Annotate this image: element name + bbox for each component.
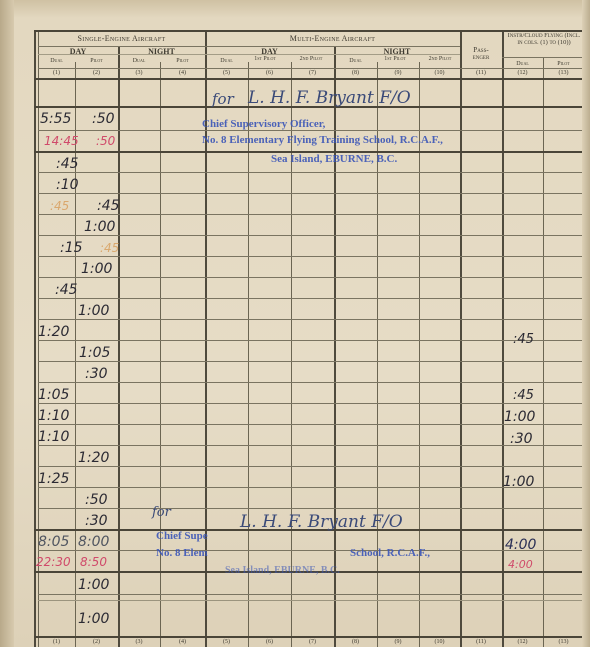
entry-pilot-day: 1:00 — [78, 304, 109, 318]
grid-line — [34, 78, 586, 80]
col-3-num: (3) — [118, 70, 160, 76]
grid-line — [38, 403, 584, 404]
multi-engine-day: DAY — [205, 48, 334, 56]
footer-num: (5) — [205, 639, 248, 645]
grid-line — [118, 46, 120, 647]
grid-line — [38, 277, 584, 278]
grid-line — [584, 30, 585, 647]
entry-pilot-day: :30 — [85, 367, 108, 381]
footer-num: (11) — [460, 639, 502, 645]
logbook-page: Single-Engine Aircraft DAY NIGHT Dual Pi… — [0, 0, 590, 647]
multi-engine-night: NIGHT — [334, 48, 460, 56]
col-8-num: (8) — [334, 70, 377, 76]
grand-total-dual-day: 22:30 — [36, 556, 71, 568]
grid-line — [38, 235, 584, 236]
col-4-num: (4) — [160, 70, 205, 76]
grid-line — [502, 57, 586, 58]
single-engine-day: DAY — [38, 48, 118, 56]
grid-line — [38, 424, 584, 425]
grid-line — [34, 636, 586, 638]
grid-line — [38, 600, 584, 601]
col-9-num: (9) — [377, 70, 419, 76]
entry-pilot-day-total: :50 — [96, 135, 115, 147]
entry-pilot-day: 1:00 — [78, 612, 109, 626]
entry-dual-day: :45 — [55, 283, 78, 297]
footer-num: (4) — [160, 639, 205, 645]
entry-pilot-day: :45 — [100, 242, 119, 254]
grid-line — [160, 62, 161, 647]
entry-pilot-day: 1:05 — [79, 346, 110, 360]
grid-line — [419, 62, 420, 647]
total-pilot-day: 8:00 — [78, 535, 109, 549]
col-12-label: Dual — [502, 61, 543, 67]
stamp-line-2: No. 8 Elem — [156, 548, 208, 559]
grid-line — [291, 62, 292, 647]
entry-dual-day: 5:55 — [40, 112, 71, 126]
footer-num: (6) — [248, 639, 291, 645]
entry-pilot-day: :45 — [97, 199, 120, 213]
entry-dual-day: :10 — [56, 178, 79, 192]
col-8-label: Dual — [334, 58, 377, 64]
entry-dual-day: 1:20 — [38, 325, 69, 339]
col-7-label: 2nd Pilot — [296, 56, 326, 62]
signature: L. H. F. Bryant F/O — [248, 90, 411, 107]
footer-num: (12) — [502, 639, 543, 645]
footer-num: (13) — [543, 639, 584, 645]
col-11-num: (11) — [460, 70, 502, 76]
entry-pilot-day: 1:20 — [78, 451, 109, 465]
entry-dual-day: 1:25 — [38, 472, 69, 486]
grid-line — [38, 256, 584, 257]
entry-dual-day: 1:10 — [38, 430, 69, 444]
signature-prefix: for — [152, 506, 171, 519]
col-4-label: Pilot — [160, 58, 205, 64]
entry-pilot-day: 1:00 — [81, 262, 112, 276]
entry-dual-day: 1:05 — [38, 388, 69, 402]
grid-line — [38, 130, 584, 131]
col-6-label: 1st Pilot — [250, 56, 280, 62]
grid-line — [34, 30, 586, 32]
stamp-line-2b: School, R.C.A.F., — [350, 548, 430, 559]
col-1-num: (1) — [38, 70, 75, 76]
entry-pilot-day: :50 — [92, 112, 115, 126]
stamp-line-1: Chief Supe — [156, 531, 208, 542]
grid-line — [248, 62, 249, 647]
col-2-label: Pilot — [75, 58, 118, 64]
col-2-num: (2) — [75, 70, 118, 76]
grid-line — [38, 550, 584, 551]
passenger-label: Pass-enger — [466, 47, 496, 61]
instr-cloud-title: Instr/Cloud Flying (Incl. in cols. (1) t… — [505, 33, 583, 47]
grid-line — [38, 382, 584, 383]
col-10-label: 2nd Pilot — [425, 56, 455, 62]
grand-total-instr-dual: 4:00 — [508, 559, 533, 570]
footer-num: (10) — [419, 639, 460, 645]
grid-line — [38, 319, 584, 320]
grid-line — [543, 57, 544, 647]
entry-pilot-day: 1:00 — [78, 578, 109, 592]
footer-num: (8) — [334, 639, 377, 645]
col-9-label: 1st Pilot — [380, 56, 410, 62]
col-5-num: (5) — [205, 70, 248, 76]
grid-line — [38, 466, 584, 467]
entry-dual-day: 1:10 — [38, 409, 69, 423]
grid-line — [38, 193, 584, 194]
grid-line — [38, 445, 584, 446]
col-13-num: (13) — [543, 70, 584, 76]
footer-num: (3) — [118, 639, 160, 645]
grid-line — [38, 214, 584, 215]
footer-num: (7) — [291, 639, 334, 645]
col-1-label: Dual — [38, 58, 75, 64]
entry-instr-dual: 1:00 — [503, 475, 534, 489]
entry-dual-day: :45 — [50, 200, 69, 212]
col-7-num: (7) — [291, 70, 334, 76]
stamp-line-3: Sea Island, EBURNE, B.C. — [225, 566, 340, 576]
grid-line — [38, 172, 584, 173]
multi-engine-title: Multi-Engine Aircraft — [205, 35, 460, 43]
entry-instr-dual: :30 — [510, 432, 533, 446]
grid-line — [38, 340, 584, 341]
entry-instr-dual: :45 — [513, 389, 534, 402]
col-13-label: Pilot — [543, 61, 584, 67]
entry-pilot-day: :30 — [85, 514, 108, 528]
grid-line — [38, 298, 584, 299]
signature-prefix: for — [212, 92, 234, 107]
col-12-num: (12) — [502, 70, 543, 76]
entry-pilot-day: :50 — [85, 493, 108, 507]
entry-instr-dual: :45 — [513, 333, 534, 346]
entry-dual-day-total: 14:45 — [44, 135, 79, 147]
grid-line — [38, 594, 584, 595]
grid-line — [38, 508, 584, 509]
total-instr-dual: 4:00 — [505, 538, 536, 552]
total-dual-day: 8:05 — [38, 535, 69, 549]
grid-line — [38, 361, 584, 362]
stamp-line-3: Sea Island, EBURNE, B.C. — [271, 154, 397, 165]
entry-dual-day: :15 — [60, 241, 83, 255]
signature: L. H. F. Bryant F/O — [240, 514, 403, 531]
grid-line — [75, 62, 76, 647]
entry-instr-dual: 1:00 — [504, 410, 535, 424]
footer-num: (9) — [377, 639, 419, 645]
grid-line — [502, 30, 504, 647]
col-6-num: (6) — [248, 70, 291, 76]
col-5-label: Dual — [205, 58, 248, 64]
footer-num: (2) — [75, 639, 118, 645]
entry-pilot-day: 1:00 — [84, 220, 115, 234]
stamp-line-1: Chief Supervisory Officer, — [202, 119, 325, 130]
single-engine-night: NIGHT — [118, 48, 205, 56]
entry-dual-day: :45 — [56, 157, 79, 171]
grid-line — [38, 68, 584, 69]
stamp-line-2: No. 8 Elementary Flying Training School,… — [202, 135, 443, 146]
col-10-num: (10) — [419, 70, 460, 76]
single-engine-title: Single-Engine Aircraft — [38, 35, 205, 43]
grid-line — [460, 30, 462, 647]
grid-line — [377, 62, 378, 647]
grand-total-pilot-day: 8:50 — [80, 556, 107, 568]
footer-num: (1) — [38, 639, 75, 645]
col-3-label: Dual — [118, 58, 160, 64]
